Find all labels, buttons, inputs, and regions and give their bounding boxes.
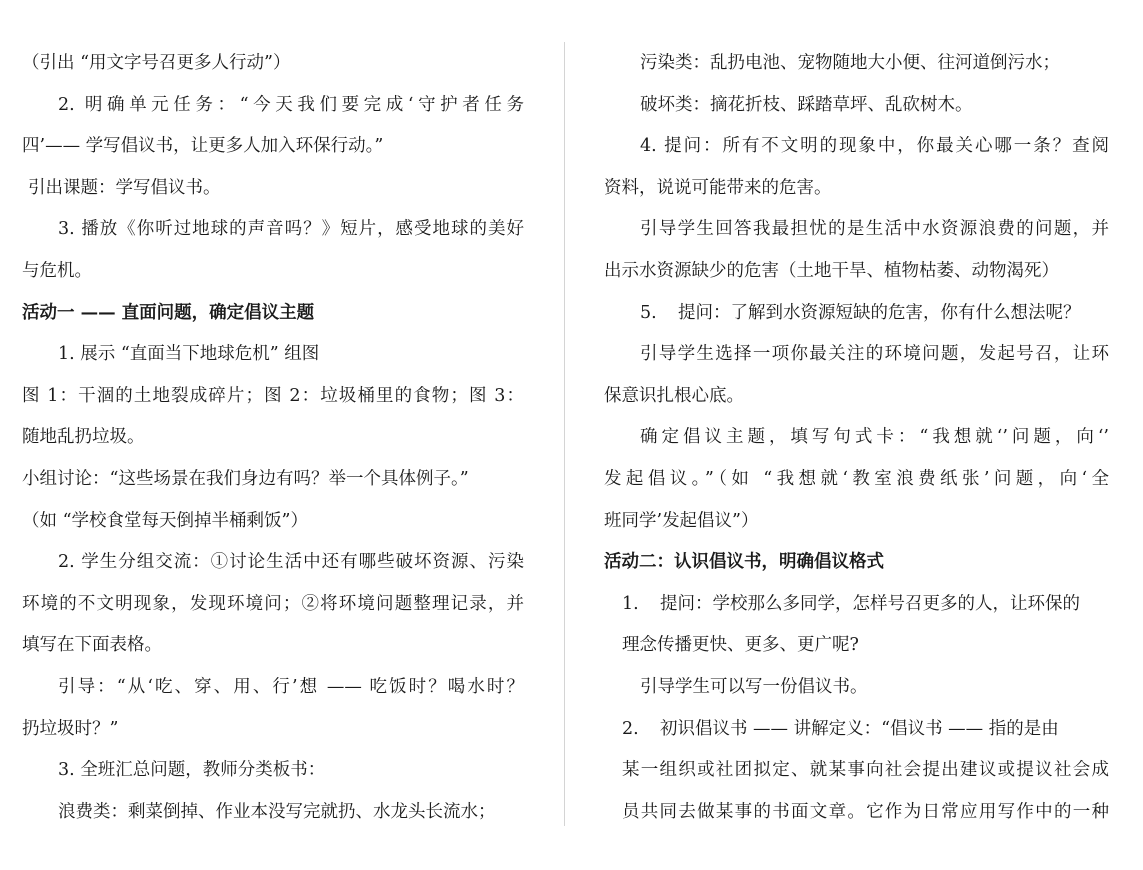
paragraph-line: 理念传播更快、更多、更广呢? [604, 625, 1109, 667]
paragraph-line: 四’—— 学写倡议书，让更多人加入环保行动。” [22, 126, 524, 168]
paragraph-line: 2. 明确单元任务：“今天我们要完成‘守护者任务 [22, 85, 524, 127]
paragraph-line: 保意识扎根心底。 [604, 376, 1109, 418]
section-heading-activity-2: 活动二：认识倡议书，明确倡议格式 [604, 542, 1109, 584]
paragraph-line: 浪费类：剩菜倒掉、作业本没写完就扔、水龙头长流水； [22, 792, 524, 834]
right-column: 污染类：乱扔电池、宠物随地大小便、往河道倒污水； 破坏类：摘花折枝、踩踏草坪、乱… [604, 43, 1109, 833]
paragraph-line: 引导学生回答我最担忧的是生活中水资源浪费的问题，并 [604, 209, 1109, 251]
paragraph-line: 引导学生选择一项你最关注的环境问题，发起号召，让环 [604, 334, 1109, 376]
item-text: 初识倡议书 —— 讲解定义：“倡议书 —— 指的是由 [660, 719, 1059, 739]
paragraph-line: 3. 全班汇总问题，教师分类板书： [22, 750, 524, 792]
paragraph-line: 3. 播放《你听过地球的声音吗？》短片，感受地球的美好 [22, 209, 524, 251]
paragraph-line: 员共同去做某事的书面文章。它作为日常应用写作中的一种 [604, 792, 1109, 834]
paragraph-line: 填写在下面表格。 [22, 625, 524, 667]
paragraph-line: 1. 展示 “直面当下地球危机” 组图 [22, 334, 524, 376]
paragraph-line: 污染类：乱扔电池、宠物随地大小便、往河道倒污水； [604, 43, 1109, 85]
paragraph-line: 与危机。 [22, 251, 524, 293]
paragraph-line: 小组讨论：“这些场景在我们身边有吗？举一个具体例子。” [22, 459, 524, 501]
paragraph-line: 随地乱扔垃圾。 [22, 417, 524, 459]
paragraph-line: 图 1：干涸的土地裂成碎片；图 2：垃圾桶里的食物；图 3： [22, 376, 524, 418]
paragraph-line: 扔垃圾时？” [22, 709, 524, 751]
paragraph-line: 引导学生可以写一份倡议书。 [604, 667, 1109, 709]
paragraph-line: 出示水资源缺少的危害（土地干旱、植物枯萎、动物渴死） [604, 251, 1109, 293]
numbered-item-1: 1.提问：学校那么多同学，怎样号召更多的人，让环保的 [604, 584, 1109, 626]
paragraph-line: 4. 提问：所有不文明的现象中，你最关心哪一条？查阅 [604, 126, 1109, 168]
paragraph-line: 某一组织或社团拟定、就某事向社会提出建议或提议社会成 [604, 750, 1109, 792]
paragraph-line: （如 “学校食堂每天倒掉半桶剩饭”） [22, 501, 524, 543]
item-number: 2. [622, 709, 660, 751]
item-text: 提问：学校那么多同学，怎样号召更多的人，让环保的 [660, 594, 1080, 614]
item-number: 1. [622, 584, 660, 626]
paragraph-line: （引出 “用文字号召更多人行动”） [22, 43, 524, 85]
section-heading-activity-1: 活动一 —— 直面问题，确定倡议主题 [22, 293, 524, 335]
paragraph-line: 班同学’发起倡议”） [604, 501, 1109, 543]
column-divider [564, 42, 565, 826]
paragraph-line: 环境的不文明现象，发现环境问；②将环境问题整理记录，并 [22, 584, 524, 626]
paragraph-line: 资料，说说可能带来的危害。 [604, 168, 1109, 210]
item-number: 5. [640, 293, 678, 335]
paragraph-line: 确定倡议主题，填写句式卡：“我想就‘’问题，向‘’ [604, 417, 1109, 459]
numbered-item-5: 5.提问：了解到水资源短缺的危害，你有什么想法呢？ [604, 293, 1109, 335]
paragraph-line: 发起倡议。”（如 “我想就‘教室浪费纸张’问题，向‘全 [604, 459, 1109, 501]
paragraph-line: 引导：“从‘吃、穿、用、行’想 —— 吃饭时？喝水时？ [22, 667, 524, 709]
item-text: 提问：了解到水资源短缺的危害，你有什么想法呢？ [678, 303, 1081, 323]
left-column: （引出 “用文字号召更多人行动”） 2. 明确单元任务：“今天我们要完成‘守护者… [22, 43, 524, 833]
paragraph-line: 破坏类：摘花折枝、踩踏草坪、乱砍树木。 [604, 85, 1109, 127]
paragraph-line: 引出课题：学写倡议书。 [22, 168, 524, 210]
numbered-item-2: 2.初识倡议书 —— 讲解定义：“倡议书 —— 指的是由 [604, 709, 1109, 751]
paragraph-line: 2. 学生分组交流：①讨论生活中还有哪些破坏资源、污染 [22, 542, 524, 584]
